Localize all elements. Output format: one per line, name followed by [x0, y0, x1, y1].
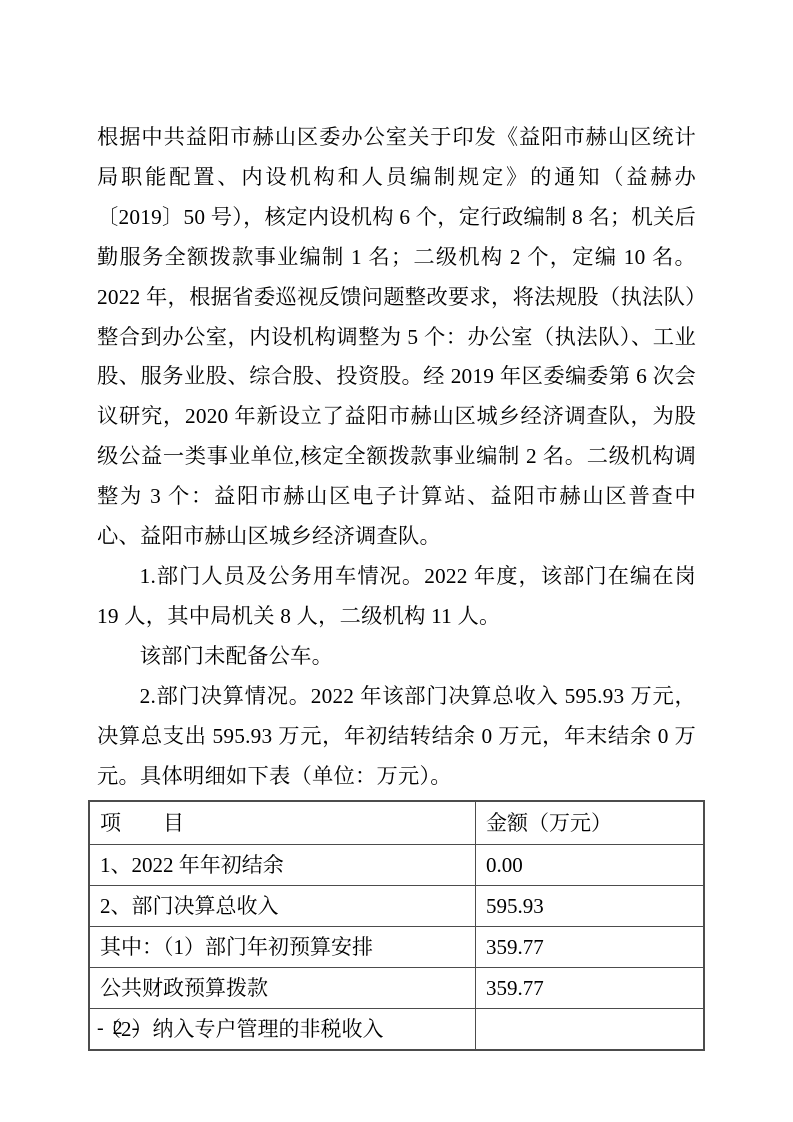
item-cell: 2、部门决算总收入: [89, 886, 476, 927]
amount-cell: 0.00: [476, 845, 705, 886]
paragraph: 该部门未配备公车。: [97, 637, 696, 677]
header-item-cell: 项 目: [89, 801, 476, 845]
item-cell: 其中：（1）部门年初预算安排: [89, 927, 476, 968]
paragraph: 2.部门决算情况。2022 年该部门决算总收入 595.93 万元，决算总支出 …: [97, 677, 696, 797]
paragraph: 根据中共益阳市赫山区委办公室关于印发《益阳市赫山区统计局职能配置、内设机构和人员…: [97, 118, 696, 557]
page-number: - 2 -: [97, 1017, 140, 1040]
amount-cell: 359.77: [476, 968, 705, 1009]
table-row: 2、部门决算总收入 595.93: [89, 886, 704, 927]
table-header-row: 项 目 金额（万元）: [89, 801, 704, 845]
table-row: （2）纳入专户管理的非税收入: [89, 1009, 704, 1051]
table-row: 公共财政预算拨款 359.77: [89, 968, 704, 1009]
amount-cell: [476, 1009, 705, 1051]
item-cell: （2）纳入专户管理的非税收入: [89, 1009, 476, 1051]
item-cell: 1、2022 年年初结余: [89, 845, 476, 886]
paragraph: 1.部门人员及公务用车情况。2022 年度，该部门在编在岗 19 人，其中局机关…: [97, 557, 696, 637]
item-cell: 公共财政预算拨款: [89, 968, 476, 1009]
body-text: 根据中共益阳市赫山区委办公室关于印发《益阳市赫山区统计局职能配置、内设机构和人员…: [97, 118, 696, 1051]
budget-detail-table: 项 目 金额（万元） 1、2022 年年初结余 0.00 2、部门决算总收入 5…: [88, 800, 705, 1051]
amount-cell: 359.77: [476, 927, 705, 968]
table-row: 1、2022 年年初结余 0.00: [89, 845, 704, 886]
document-page: 根据中共益阳市赫山区委办公室关于印发《益阳市赫山区统计局职能配置、内设机构和人员…: [0, 0, 793, 1122]
table-row: 其中：（1）部门年初预算安排 359.77: [89, 927, 704, 968]
header-amount-cell: 金额（万元）: [476, 801, 705, 845]
amount-cell: 595.93: [476, 886, 705, 927]
